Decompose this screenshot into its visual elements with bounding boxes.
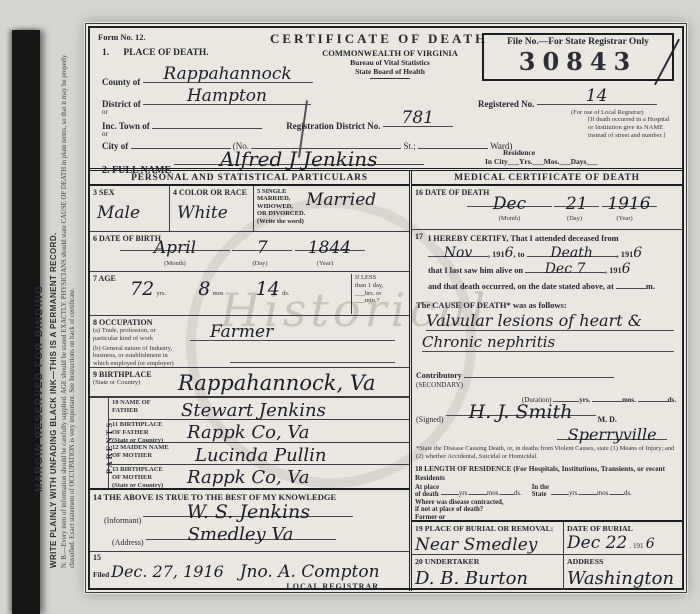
signed-value: H. J. Smith <box>469 404 573 423</box>
district-row: District of Hampton <box>102 94 311 109</box>
dod-day-field: 21 <box>554 196 599 207</box>
undertaker-address-value: Washington Va <box>567 568 679 590</box>
informant-address-field: Smedley Va <box>146 529 336 540</box>
dod-day-cap: (Day) <box>552 215 597 222</box>
attended-to-field: Death <box>527 246 617 257</box>
duration-label-2: (Duration) <box>522 396 552 404</box>
dob-year-cap: (Year) <box>290 260 360 267</box>
parents-section: PARENTS 10 NAME OF FATHER Stewart Jenkin… <box>90 398 409 490</box>
cause-line-2-field: Chronic nephritis <box>422 333 674 352</box>
dob-day: 7 <box>257 238 268 258</box>
reg-district-value: 781 <box>402 108 434 128</box>
informant-label: (Informant) <box>104 516 141 525</box>
birthplace-row: 9 BIRTHPLACE (State or Country) Rappahan… <box>90 368 409 398</box>
or-2: or <box>102 130 108 138</box>
county-field: Rappahannock <box>143 72 313 83</box>
in-state-label: In the State <box>532 484 549 498</box>
medical-header: MEDICAL CERTIFICATE OF DEATH <box>412 171 682 186</box>
dob-month: April <box>154 238 196 258</box>
marital-cell: 5 SINGLE MARRIED, WIDOWED, OR DIVORCED. … <box>254 186 409 231</box>
certify-line-2: Nov, 1916, to Death, 1916 <box>428 246 678 262</box>
signed-row: (Signed) H. J. Smith M. D. <box>412 404 682 425</box>
dur2-mos-field <box>592 391 622 402</box>
parents-label-cell: PARENTS <box>90 398 109 488</box>
residence-duration-row: At place of death yrs.mos.ds. In the Sta… <box>412 484 682 498</box>
informant-field: W. S. Jenkins <box>143 506 353 517</box>
dod-month-cap: (Month) <box>467 215 552 222</box>
district-field: Hampton <box>143 94 311 105</box>
footnote-section: *State the Disease Causing Death, or, in… <box>412 444 682 464</box>
where-contracted-label: Where was disease contracted, if not at … <box>412 498 682 514</box>
hospital-note: [If death occurred in a Hospital or Inst… <box>588 116 676 139</box>
registered-no-row: Registered No. 14 (For use of Local Regi… <box>478 94 657 116</box>
street-field <box>418 138 488 149</box>
filed-section: 15 Filed Dec. 27, 1916 Jno. A. Compton L… <box>90 552 409 591</box>
attended-to: Death <box>550 245 593 261</box>
race-cell: 4 COLOR OR RACE White <box>170 186 254 231</box>
registered-no-label: Registered No. <box>478 99 534 109</box>
sex-cell: 3 SEX Male <box>90 186 170 231</box>
time-field <box>616 278 646 289</box>
to-year: 6 <box>633 245 642 261</box>
undertaker-row: 20 UNDERTAKER D. B. Burton ADDRESS Washi… <box>412 555 682 590</box>
inc-town-row: Inc. Town of Registration District No. 7… <box>102 116 453 131</box>
dob-month-field: April <box>120 240 230 251</box>
file-no-label: File No.—For State Registrar Only <box>484 37 672 47</box>
to-word: , to <box>514 250 525 259</box>
age-days: 14 <box>256 278 280 300</box>
last-seen-year: 6 <box>622 261 631 277</box>
place-of-death-title: 1. PLACE OF DEATH. <box>102 48 209 58</box>
contrib-duration-row: (Duration) yrs. mos. ds. <box>412 389 682 404</box>
burial-date-value: Dec 22 <box>567 533 627 553</box>
footnote-text: *State the Disease Causing Death, or, in… <box>412 444 682 462</box>
personal-column: PERSONAL AND STATISTICAL PARTICULARS 3 S… <box>90 171 412 591</box>
mother-name-row: 12 MAIDEN NAME OF MOTHER Lucinda Pullin <box>109 443 409 465</box>
dur2-mos-cap: mos. <box>622 396 636 404</box>
or-1: or <box>102 108 108 116</box>
from-year: 6 <box>505 245 514 261</box>
filed-no: 15 <box>90 552 409 562</box>
undertaker-address-label: ADDRESS <box>567 557 679 566</box>
parents-rows: 10 NAME OF FATHER Stewart Jenkins 11 BIR… <box>109 398 409 488</box>
race-label: 4 COLOR OR RACE <box>173 188 250 197</box>
margin-binding-text: MARGIN RESERVED FOR BINDING <box>34 284 45 492</box>
residence-line: In City___Yrs.___Mos.___Days___ <box>485 157 598 166</box>
certify-line-4: and that death occurred, on the date sta… <box>428 278 678 294</box>
file-number-stamp: 30843 <box>484 47 672 76</box>
dod-day: 21 <box>566 194 588 214</box>
father-name-row: 10 NAME OF FATHER Stewart Jenkins <box>109 398 409 420</box>
last-seen-value: Dec 7 <box>545 261 586 277</box>
informant-address-label: (Address) <box>112 538 144 547</box>
mother-bp-row: 13 BIRTHPLACE OF MOTHER (State or Countr… <box>109 465 409 488</box>
burial-label: 19 PLACE OF BURIAL OR REMOVAL: <box>415 524 560 533</box>
file-no-box: File No.—For State Registrar Only 30843 <box>482 33 674 81</box>
signed-address-value: Sperryville Va <box>568 425 657 444</box>
marital-value: Married <box>306 192 376 209</box>
cause-line-1-field: Valvular lesions of heart & <box>426 311 674 331</box>
filed-row: Filed Dec. 27, 1916 Jno. A. Compton <box>90 562 409 582</box>
age-mos-cap: mos <box>213 290 224 297</box>
margin-write-plainly-text: WRITE PLAINLY WITH UNFADING BLACK INK—TH… <box>49 232 58 568</box>
dur2-yrs-cap: yrs. <box>579 396 590 404</box>
contributory-section: Contributory (SECONDARY) (Duration) yrs.… <box>412 366 682 404</box>
personal-header: PERSONAL AND STATISTICAL PARTICULARS <box>90 171 409 186</box>
bureau-line: Bureau of Vital Statistics <box>305 58 475 67</box>
birthplace-value: Rappahannock, Va <box>178 371 376 395</box>
dod-year-cap: (Year) <box>597 215 652 222</box>
occupation-b-label: (b) General nature of Industry, business… <box>90 343 409 368</box>
undertaker-value: D. B. Burton <box>415 568 560 589</box>
occupation-value: Farmer <box>210 324 273 341</box>
signed-date-row: Dec. 26, 1916 (Address) Sperryville Va <box>412 425 682 444</box>
cause-label: The CAUSE OF DEATH* was as follows: <box>412 300 682 310</box>
dob-year: 1844 <box>308 238 351 258</box>
dur2-ds-field <box>638 391 668 402</box>
sex-label: 3 SEX <box>93 188 166 197</box>
occupation-b-line <box>230 362 395 363</box>
residence-label: Residence <box>503 148 598 157</box>
burial-year: 6 <box>646 536 655 552</box>
res-blanks-2: yrs.mos.ds. <box>551 484 632 498</box>
full-name-field: Alfred J Jenkins <box>174 154 424 165</box>
burial-row: 19 PLACE OF BURIAL OR REMOVAL: Near Smed… <box>412 520 682 555</box>
dod-month: Dec <box>493 194 526 214</box>
reg-district-label: Registration District No. <box>286 121 380 131</box>
registered-no-note: (For use of Local Registrar) <box>558 109 657 116</box>
signed-section: (Signed) H. J. Smith M. D. Dec. 26, 1916… <box>412 404 682 444</box>
occupation-a-line <box>190 340 395 341</box>
burial-value: Near Smedley Va <box>415 535 560 554</box>
commonwealth-block: COMMONWEALTH OF VIRGINIA Bureau of Vital… <box>305 48 475 79</box>
certify-section: 17 I HEREBY CERTIFY, That I attended dec… <box>412 230 682 300</box>
board-line: State Board of Health <box>305 67 475 76</box>
print-191b: , 191 <box>617 250 634 259</box>
race-value: White <box>177 205 250 222</box>
dob-captions: (Month) (Day) (Year) <box>120 260 370 267</box>
reg-district-field: 781 <box>383 116 453 127</box>
sex-value: Male <box>97 205 166 222</box>
certificate-title: CERTIFICATE OF DEATH <box>270 31 488 47</box>
mother-name-value: Lucinda Pullin <box>195 445 327 466</box>
city-label: City of <box>102 141 128 151</box>
father-bp-row: 11 BIRTHPLACE OF FATHER (State or Countr… <box>109 420 409 443</box>
filed-label: Filed <box>93 570 109 579</box>
st-label: St.; <box>404 141 416 151</box>
contributory-row: Contributory <box>412 366 682 381</box>
undertaker-address-cell: ADDRESS Washington Va <box>564 555 682 590</box>
md-label: M. D. <box>598 415 617 424</box>
certify-no: 17 <box>415 232 423 241</box>
cause-line-2: Chronic nephritis <box>422 333 555 351</box>
scanned-death-certificate: MARGIN RESERVED FOR BINDING WRITE PLAINL… <box>0 0 700 614</box>
father-name-value: Stewart Jenkins <box>181 400 326 421</box>
dob-year-field: 1844 <box>295 240 365 251</box>
residence-18-label: 18 LENGTH OF RESIDENCE (For Hospitals, I… <box>412 464 682 484</box>
certify-text: I HEREBY CERTIFY, That I attended deceas… <box>412 230 682 294</box>
dob-day-cap: (Day) <box>230 260 290 267</box>
last-seen-label: that I last saw him alive on <box>428 266 523 275</box>
dod-year-field: 1916 <box>602 196 657 207</box>
inc-town-label: Inc. Town of <box>102 121 150 131</box>
sex-race-marital-row: 3 SEX Male 4 COLOR OR RACE White 5 SINGL… <box>90 186 409 232</box>
signed-address-field: Sperryville Va <box>557 429 667 440</box>
dob-month-cap: (Month) <box>120 260 230 267</box>
contributory-field <box>464 367 614 378</box>
undertaker-cell: 20 UNDERTAKER D. B. Burton <box>412 555 564 590</box>
informant-row: (Informant) W. S. Jenkins <box>90 504 409 525</box>
registered-no-value: 14 <box>586 86 608 106</box>
certificate-form: Historical Form No. 12. CERTIFICATE OF D… <box>88 26 684 590</box>
father-bp-value: Rappk Co, Va <box>187 422 310 443</box>
attended-from-field: Nov <box>428 246 488 257</box>
signed-label: (Signed) <box>416 415 444 424</box>
dur2-yrs-field <box>553 391 579 402</box>
mother-bp-value: Rappk Co, Va <box>187 467 310 488</box>
city-field <box>131 138 231 149</box>
cause-section: The CAUSE OF DEATH* was as follows: Valv… <box>412 300 682 366</box>
print-191c: , 191 <box>605 266 622 275</box>
cause-line-1: Valvular lesions of heart & <box>426 311 642 330</box>
residence-block: Residence In City___Yrs.___Mos.___Days__… <box>485 148 598 166</box>
death-occurred-label: and that death occurred, on the date sta… <box>428 282 614 291</box>
dob-row: 6 DATE OF BIRTH April 7 1844 (Month) (Da… <box>90 232 409 272</box>
county-value: Rappahannock <box>163 64 291 84</box>
county-label: County of <box>102 77 140 87</box>
signed-field: H. J. Smith <box>446 405 596 416</box>
dod-row: 16 DATE OF DEATH Dec 21 1916 (Month) (Da… <box>412 186 682 230</box>
burial-date-label: DATE OF BURIAL <box>567 524 679 533</box>
registrar-title: LOCAL REGISTRAR <box>90 582 409 591</box>
age-ds-cap: ds. <box>282 290 289 297</box>
print-191a: , 191 <box>488 250 505 259</box>
form-columns: PERSONAL AND STATISTICAL PARTICULARS 3 S… <box>90 168 682 591</box>
age-row: 7 AGE 72 yrs. 8 mos 14 ds. If LESS than … <box>90 272 409 316</box>
undertaker-label: 20 UNDERTAKER <box>415 557 560 566</box>
dob-day-field: 7 <box>232 240 292 251</box>
print-191d: . 191 <box>630 542 644 550</box>
res-blanks-1: yrs.mos.ds. <box>441 484 522 498</box>
header-rule <box>370 78 410 79</box>
form-number: Form No. 12. <box>98 32 146 42</box>
burial-place-cell: 19 PLACE OF BURIAL OR REMOVAL: Near Smed… <box>412 522 564 554</box>
dob-fields: April 7 1844 <box>120 240 365 255</box>
informant-value: W. S. Jenkins <box>187 501 310 523</box>
at-place-label: At place of death <box>415 484 439 498</box>
age-months: 8 <box>198 278 210 300</box>
certify-line-1: I HEREBY CERTIFY, That I attended deceas… <box>428 232 678 246</box>
burial-date-cell: DATE OF BURIAL Dec 22 . 191 6 <box>564 522 682 554</box>
commonwealth-line: COMMONWEALTH OF VIRGINIA <box>305 48 475 58</box>
burial-date-fields: Dec 22 . 191 6 <box>567 533 679 553</box>
m-label: m. <box>646 282 655 291</box>
county-row: County of Rappahannock <box>102 72 313 87</box>
age-less-note: If LESS than 1 day, ___hrs. or ___min.? <box>351 274 407 314</box>
informant-address-value: Smedley Va <box>188 524 294 545</box>
contributory-label: Contributory <box>416 371 462 380</box>
age-years: 72 <box>130 278 154 300</box>
filed-date: Dec. 27, 1916 <box>111 562 224 581</box>
dur2-ds-cap: ds. <box>668 396 676 404</box>
medical-column: MEDICAL CERTIFICATE OF DEATH 16 DATE OF … <box>412 171 682 591</box>
age-fields: 72 yrs. 8 mos 14 ds. <box>130 278 290 300</box>
secondary-label: (SECONDARY) <box>412 381 682 389</box>
occupation-row: 8 OCCUPATION (a) Trade, profession, or p… <box>90 316 409 368</box>
registered-no-field: 14 <box>537 94 657 105</box>
residence-section: 18 LENGTH OF RESIDENCE (For Hospitals, I… <box>412 464 682 520</box>
informant-address-row: (Address) Smedley Va <box>90 525 409 547</box>
age-yrs-cap: yrs. <box>156 290 166 297</box>
registrar-signature: Jno. A. Compton <box>240 562 380 582</box>
margin-nb-instructions: N. B.—Every item of information should b… <box>61 28 78 568</box>
dod-month-field: Dec <box>467 196 552 207</box>
dod-year: 1916 <box>607 194 650 214</box>
last-seen-field: Dec 7 <box>525 262 605 273</box>
district-value: Hampton <box>187 86 267 106</box>
inc-town-field <box>152 118 262 129</box>
informant-section: 14 THE ABOVE IS TRUE TO THE BEST OF MY K… <box>90 490 409 552</box>
attended-from: Nov <box>444 245 473 261</box>
dod-captions: (Month) (Day) (Year) <box>467 215 652 222</box>
certify-line-3: that I last saw him alive on Dec 7, 1916 <box>428 262 678 278</box>
dod-fields: Dec 21 1916 <box>467 196 657 211</box>
